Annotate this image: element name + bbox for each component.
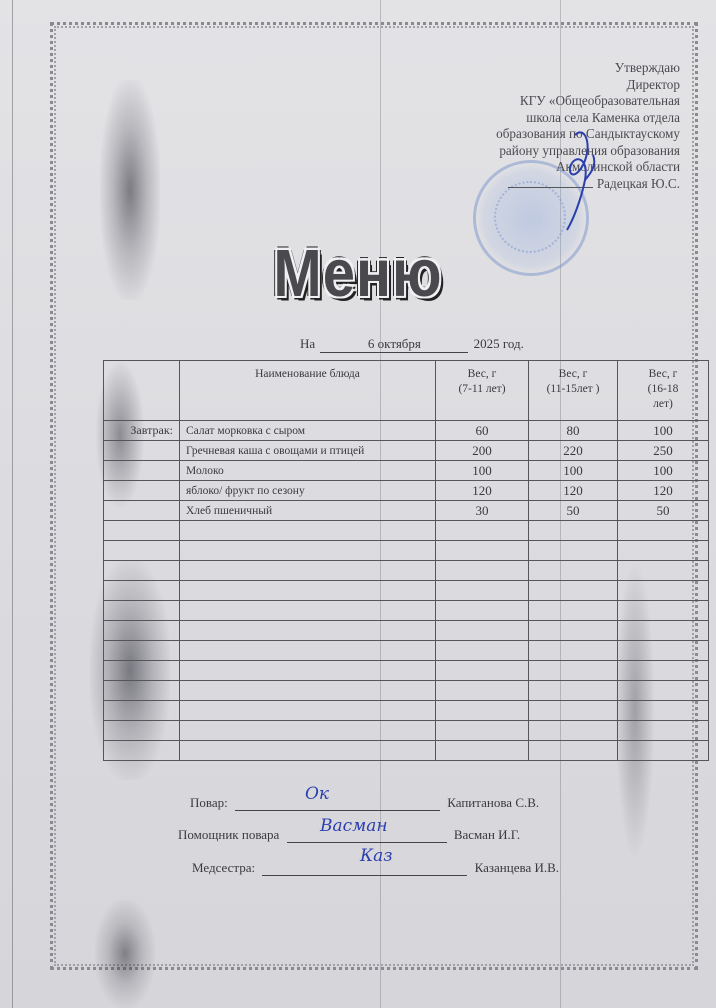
empty-cell [104,541,180,561]
signature-name: Капитанова С.В. [447,795,539,810]
table-row-empty [104,701,709,721]
meal-cell [104,501,180,521]
weight-11-15: 220 [529,441,618,461]
empty-cell [618,701,709,721]
empty-cell [436,721,529,741]
header-text: (7-11 лет) [442,382,522,397]
date-value: 6 октября [320,336,468,353]
empty-cell [180,641,436,661]
empty-cell [436,661,529,681]
weight-11-15: 50 [529,501,618,521]
empty-cell [529,741,618,761]
header-text: (11-15лет ) [535,382,611,397]
empty-cell [529,561,618,581]
weight-7-11: 100 [436,461,529,481]
empty-cell [436,521,529,541]
date-suffix: 2025 год. [474,336,524,351]
empty-cell [618,641,709,661]
empty-cell [104,661,180,681]
empty-cell [529,521,618,541]
document-page: Утверждаю Директор КГУ «Общеобразователь… [0,0,716,1008]
header-weight-11-15: Вес, г (11-15лет ) [529,361,618,421]
empty-cell [618,681,709,701]
header-meal [104,361,180,421]
empty-cell [104,561,180,581]
weight-16-18: 50 [618,501,709,521]
signature-role: Помощник повара [178,827,279,842]
empty-cell [180,581,436,601]
table-row: Завтрак: Салат морковка с сыром 60 80 10… [104,421,709,441]
weight-16-18: 100 [618,421,709,441]
empty-cell [104,681,180,701]
empty-cell [618,661,709,681]
empty-cell [104,701,180,721]
table-row-empty [104,581,709,601]
table-header-row: Наименование блюда Вес, г (7-11 лет) Вес… [104,361,709,421]
page-title: Меню [0,235,716,312]
signature-role: Медсестра: [192,860,255,875]
header-dish-name: Наименование блюда [180,361,436,421]
date-line: На 6 октября 2025 год. [300,336,524,353]
header-weight-16-18: Вес, г (16-18 лет) [618,361,709,421]
menu-table: Наименование блюда Вес, г (7-11 лет) Вес… [103,360,709,761]
signature-name: Казанцева И.В. [475,860,559,875]
table-row-empty [104,621,709,641]
empty-cell [180,721,436,741]
empty-cell [529,661,618,681]
signature-role: Повар: [190,795,228,810]
empty-cell [104,601,180,621]
table-row-empty [104,681,709,701]
empty-cell [180,621,436,641]
weight-16-18: 100 [618,461,709,481]
table-row: Гречневая каша с овощами и птицей 200 22… [104,441,709,461]
empty-cell [436,541,529,561]
weight-7-11: 30 [436,501,529,521]
weight-16-18: 120 [618,481,709,501]
empty-cell [618,741,709,761]
empty-cell [180,701,436,721]
empty-cell [436,701,529,721]
dish-name: яблоко/ фрукт по сезону [180,481,436,501]
empty-cell [529,701,618,721]
table-row: яблоко/ фрукт по сезону 120 120 120 [104,481,709,501]
signature-row-cook: Повар: Капитанова С.В. [190,795,539,811]
empty-cell [104,721,180,741]
table-row-empty [104,541,709,561]
empty-cell [180,541,436,561]
empty-cell [436,561,529,581]
signature-name: Васман И.Г. [454,827,520,842]
empty-cell [618,621,709,641]
director-signature-icon [545,125,615,235]
empty-cell [436,621,529,641]
table-row-empty [104,721,709,741]
dish-name: Хлеб пшеничный [180,501,436,521]
empty-cell [436,601,529,621]
weight-11-15: 100 [529,461,618,481]
empty-cell [618,541,709,561]
empty-cell [618,601,709,621]
meal-label: Завтрак: [104,421,180,441]
nurse-handwritten-signature: Каз [360,846,393,866]
weight-11-15: 80 [529,421,618,441]
approval-line: Утверждаю [496,60,680,77]
empty-cell [529,641,618,661]
weight-7-11: 120 [436,481,529,501]
signature-blank [235,796,440,811]
empty-cell [436,581,529,601]
empty-cell [180,681,436,701]
table-row-empty [104,521,709,541]
date-prefix: На [300,336,315,351]
meal-cell [104,441,180,461]
header-text: Вес, г [442,367,522,382]
cook-handwritten-signature: Ок [305,784,329,804]
empty-cell [104,521,180,541]
empty-cell [436,681,529,701]
header-text: лет) [624,397,702,412]
empty-cell [104,581,180,601]
empty-cell [529,541,618,561]
empty-cell [180,741,436,761]
empty-cell [618,521,709,541]
approval-line: школа села Каменка отдела [496,110,680,127]
assistant-cook-handwritten-signature: Васман [320,816,388,836]
empty-cell [618,561,709,581]
empty-cell [104,641,180,661]
header-text: Вес, г [624,367,702,382]
empty-cell [529,721,618,741]
weight-7-11: 60 [436,421,529,441]
weight-11-15: 120 [529,481,618,501]
table-row-empty [104,601,709,621]
weight-7-11: 200 [436,441,529,461]
header-text: (16-18 [624,382,702,397]
empty-cell [529,681,618,701]
table-body: Завтрак: Салат морковка с сыром 60 80 10… [104,421,709,761]
empty-cell [529,621,618,641]
approval-line: Директор [496,77,680,94]
dish-name: Молоко [180,461,436,481]
empty-cell [618,581,709,601]
meal-cell [104,481,180,501]
table-row-empty [104,561,709,581]
empty-cell [180,521,436,541]
empty-cell [180,561,436,581]
meal-cell [104,461,180,481]
empty-cell [436,741,529,761]
weight-16-18: 250 [618,441,709,461]
table-row-empty [104,641,709,661]
copy-streak [12,0,13,1008]
table-row: Молоко 100 100 100 [104,461,709,481]
empty-cell [104,621,180,641]
header-text: Вес, г [535,367,611,382]
empty-cell [180,661,436,681]
empty-cell [180,601,436,621]
empty-cell [529,581,618,601]
empty-cell [104,741,180,761]
empty-cell [436,641,529,661]
empty-cell [618,721,709,741]
empty-cell [529,601,618,621]
table-row-empty [104,661,709,681]
table-row: Хлеб пшеничный 30 50 50 [104,501,709,521]
approval-line: КГУ «Общеобразовательная [496,93,680,110]
table-row-empty [104,741,709,761]
dish-name: Гречневая каша с овощами и птицей [180,441,436,461]
dish-name: Салат морковка с сыром [180,421,436,441]
header-weight-7-11: Вес, г (7-11 лет) [436,361,529,421]
